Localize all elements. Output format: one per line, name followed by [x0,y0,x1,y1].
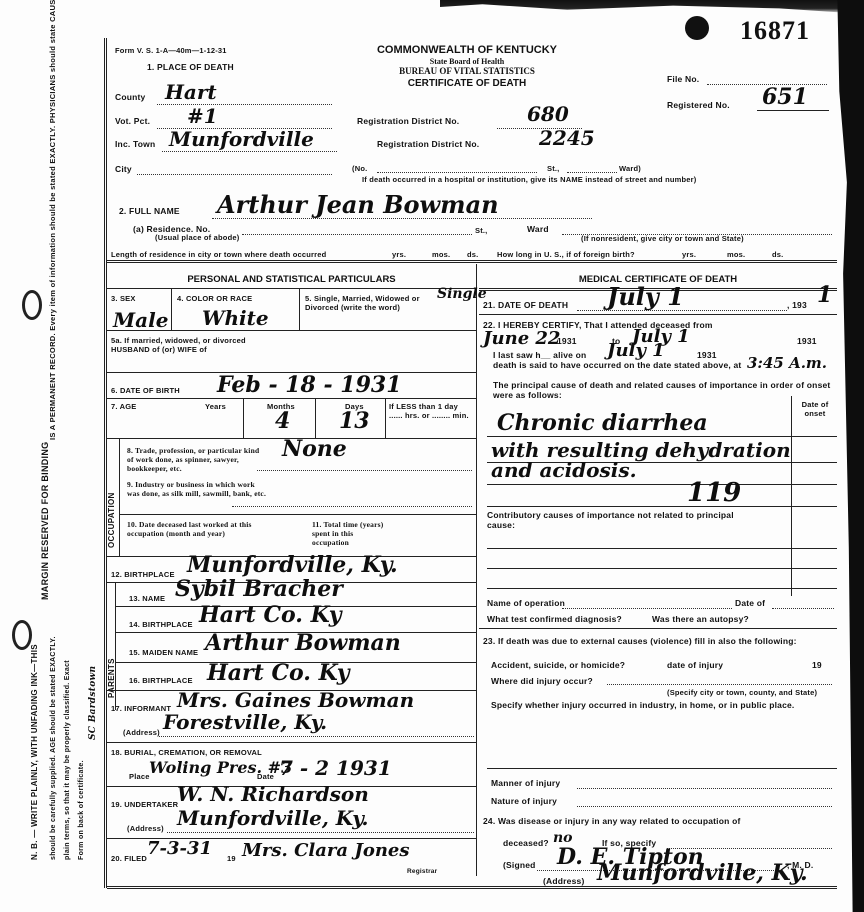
external-label: 23. If death was due to external causes … [483,636,838,646]
trade-label: 8. Trade, profession, or particular kind… [127,446,267,473]
form-code: Form V. S. 1-A—40m—1-12-31 [115,46,227,55]
manner-label: Manner of injury [491,778,560,788]
foreign-ds: ds. [772,250,783,259]
length-mos: mos. [432,250,450,259]
filed-label: 20. FILED [111,854,147,863]
occupation-q-label: 24. Was disease or injury in any way rel… [483,816,741,826]
nature-label: Nature of injury [491,796,557,806]
address-value: Munfordville, Ky. [597,860,808,886]
residence-ward-label: Ward [527,224,549,234]
spouse-label: 5a. If married, widowed, or divorced HUS… [111,336,281,354]
date-of-onset-label: Date of onset [797,400,833,418]
marital-label: 5. Single, Married, Widowed or Divorced … [305,294,455,312]
dob-label: 6. DATE OF BIRTH [111,386,180,395]
dod-year-value: 1 [817,282,832,308]
length-yrs: yrs. [392,250,406,259]
burial-date-label: Date [257,772,274,781]
to-year-label: 1931 [797,336,817,346]
test-label: What test confirmed diagnosis? [487,614,622,624]
row-line [479,314,837,315]
injury-year-label: 19 [812,660,822,670]
reg-district-label: Registration District No. [357,116,459,126]
margin-reserved-text: MARGIN RESERVED FOR BINDING [40,442,50,600]
contributory-rule [487,568,837,569]
undertaker-label: 19. UNDERTAKER [111,800,178,809]
reg-district2-value: 2245 [539,126,595,150]
dod-label: 21. DATE OF DEATH [483,300,568,310]
cause-rule [487,484,837,485]
vot-pct-label: Vot. Pct. [115,116,150,126]
death-certificate-page: 16871 MARGIN RESERVED FOR BINDING IS A P… [0,0,864,912]
mother-birthplace-label: 16. BIRTHPLACE [129,676,193,685]
column-divider [476,264,477,876]
occupation-side-label: OCCUPATION [107,492,116,548]
nature-line [577,806,832,807]
registrar-prefix: 19 [227,854,236,863]
certificate-form: Form V. S. 1-A—40m—1-12-31 COMMONWEALTH … [104,38,840,888]
informant-address-label: (Address) [123,728,160,737]
cell-divider [385,398,386,438]
file-no-label: File No. [667,74,699,84]
personal-section-title: PERSONAL AND STATISTICAL PARTICULARS [107,274,476,285]
st-line [567,172,617,173]
registered-no-label: Registered No. [667,100,730,110]
margin-instructions-5: Form on back of certificate. [78,760,85,860]
cell-divider [299,288,300,330]
where-sub: (Specify city or town, county, and State… [667,688,817,697]
cell-divider [243,398,244,438]
signed-label: (Signed [503,860,536,870]
trade-line [257,470,472,471]
deceased-label: deceased? [503,838,549,848]
county-line [157,104,332,105]
mother-birthplace-value: Hart Co. Ky [207,660,349,686]
undertaker-address-label: (Address) [127,824,164,833]
inc-town-label: Inc. Town [115,139,155,149]
binding-ring-icon [22,290,42,320]
residence-st-label: St., [475,226,487,235]
registered-no-line [757,110,829,111]
row-line [487,768,837,769]
cell-divider [171,288,172,330]
city-line [137,174,332,175]
last-saw-year: 1931 [697,350,717,360]
vot-pct-value: #1 [187,104,218,128]
registrar-label: Registrar [407,868,437,875]
full-name-value: Arthur Jean Bowman [217,190,499,219]
contributory-label: Contributory causes of importance not re… [487,510,747,530]
mother-maiden-value: Arthur Bowman [205,630,401,656]
burial-place-label: Place [129,772,150,781]
operation-label: Name of operation [487,598,565,608]
years-label: Years [205,402,226,411]
dod-line [577,310,787,311]
last-worked-label: 10. Date deceased last worked at this oc… [127,520,257,538]
foreign-yrs: yrs. [682,250,696,259]
death-said-label: death is said to have occurred on the da… [493,360,743,370]
informant-value: Mrs. Gaines Bowman [177,688,414,712]
cause-line-1: Chronic diarrhea [497,410,708,436]
from-year-label: 1931 [557,336,577,346]
margin-instructions-1: IS A PERMANENT RECORD. Every item of inf… [48,0,57,440]
from-date-value: June 22 [483,328,560,349]
residence-sub: (Usual place of abode) [155,233,239,242]
age-label: 7. AGE [111,402,137,411]
industry-line [232,506,472,507]
informant-address-line [159,736,474,737]
torn-edge-top [440,0,864,14]
undertaker-address-value: Munfordville, Ky. [177,806,369,830]
margin-handwritten-note: SC Bardstown [88,666,98,740]
trade-value: None [282,436,347,462]
county-value: Hart [165,80,217,104]
header-certificate: CERTIFICATE OF DEATH [357,78,577,89]
autopsy-label: Was there an autopsy? [652,614,749,624]
causes-label: The principal cause of death and related… [493,380,833,400]
cell-divider [315,398,316,438]
no-line [377,172,537,173]
undertaker-value: W. N. Richardson [177,782,369,806]
row-line [107,398,476,399]
row-line [107,288,476,289]
months-value: 4 [275,408,290,434]
binding-margin: MARGIN RESERVED FOR BINDING IS A PERMANE… [0,40,105,900]
header-board: State Board of Health [357,57,577,66]
foreign-birth-label: How long in U. S., if of foreign birth? [497,250,635,259]
accident-label: Accident, suicide, or homicide? [491,660,625,670]
burial-label: 18. BURIAL, CREMATION, OR REMOVAL [111,748,262,757]
place-of-death-heading: 1. PLACE OF DEATH [147,62,234,72]
burial-date-value: 7 - 2 1931 [279,756,392,780]
header-bureau: BUREAU OF VITAL STATISTICS [357,66,577,76]
margin-instructions-3: should be carefully supplied. AGE should… [50,636,57,860]
informant-address-value: Forestville, Ky. [163,710,327,734]
binding-ring-icon [12,620,32,650]
margin-instructions-2: N. B. — WRITE PLAINLY, WITH UNFADING INK… [30,644,39,860]
sex-value: Male [113,308,168,332]
filed-value: 7-3-31 [147,838,212,859]
specify-label: Specify whether injury occurred in indus… [491,700,836,710]
st-label: St., [547,164,559,173]
mother-maiden-label: 15. MAIDEN NAME [129,648,198,657]
county-label: County [115,92,145,102]
cause-rule [487,506,837,507]
color-value: White [202,306,269,330]
undertaker-address-line [167,832,474,833]
occupation-side-bar [119,438,120,556]
inc-town-line [162,151,337,152]
nonresident-note: (If nonresident, give city or town and S… [581,234,744,243]
cause-line-3: and acidosis. [491,458,637,482]
less-than-label: If LESS than 1 day ...... hrs. or ......… [389,402,474,420]
header-commonwealth: COMMONWEALTH OF KENTUCKY [357,44,577,56]
operation-date-label: Date of [735,598,765,608]
contributory-rule [487,588,837,589]
dod-value: July 1 [607,282,684,311]
last-saw-label: I last saw h__ alive on [493,350,586,360]
cause-rule [487,436,837,437]
foreign-mos: mos. [727,250,745,259]
operation-date-line [772,608,834,609]
row-line [479,628,837,629]
operation-line [562,608,732,609]
death-time-value: 3:45 A.m. [747,354,827,372]
registrar-value: Mrs. Clara Jones [242,840,410,861]
father-name-label: 13. NAME [129,594,165,603]
last-saw-value: July 1 [607,340,665,361]
punch-hole [685,16,709,40]
full-name-label: 2. FULL NAME [119,206,180,216]
where-label: Where did injury occur? [491,676,593,686]
color-label: 4. COLOR OR RACE [177,294,252,303]
contributory-rule [487,548,837,549]
address-label: (Address) [543,876,584,886]
birthplace-label: 12. BIRTHPLACE [111,570,175,579]
reg-district-value: 680 [527,102,569,126]
days-value: 13 [339,408,370,434]
section-divider [107,260,837,263]
where-line [607,684,832,685]
parents-side-label: PARENTS [107,658,116,698]
city-label: City [115,164,132,174]
length-ds: ds. [467,250,478,259]
registered-no-value: 651 [762,84,808,110]
onset-column-divider [791,396,792,596]
dod-year-prefix: , 193 [787,300,807,310]
inc-town-value: Munfordville [169,127,314,151]
sex-label: 3. SEX [111,294,136,303]
cause-annotation: 119 [687,478,741,508]
dob-value: Feb - 18 - 1931 [217,372,402,398]
residence-line [242,234,472,235]
total-time-label: 11. Total time (years) spent in this occ… [312,520,392,547]
father-birthplace-label: 14. BIRTHPLACE [129,620,193,629]
row-line [107,330,476,331]
industry-label: 9. Industry or business in which work wa… [127,480,267,498]
bottom-rule [107,886,837,889]
reg-district2-label: Registration District No. [377,139,479,149]
hospital-note: If death occurred in a hospital or insti… [362,175,697,184]
father-birthplace-value: Hart Co. Ky [199,602,341,628]
row-line [119,514,476,515]
full-name-line [212,218,592,219]
margin-instructions-4: plain terms, so that it may be properly … [64,660,71,860]
birthplace-value: Munfordville, Ky. [187,552,398,578]
row-line [107,742,476,743]
father-name-value: Sybil Bracher [175,576,343,602]
injury-date-label: date of injury [667,660,723,670]
manner-line [577,788,832,789]
length-residence-label: Length of residence in city or town wher… [111,250,326,259]
no-label: (No. [352,164,367,173]
ward-label: Ward) [619,164,641,173]
